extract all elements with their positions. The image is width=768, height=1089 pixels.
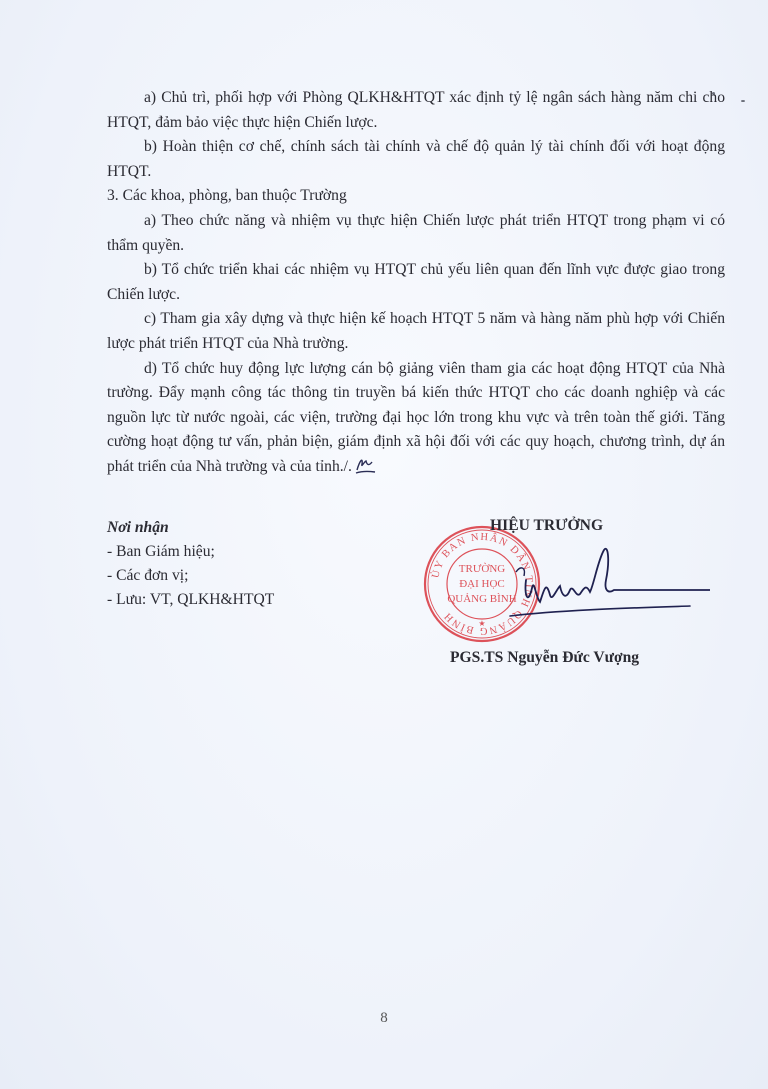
- recipient-item: - Lưu: VT, QLKH&HTQT: [107, 588, 274, 612]
- recipient-item: - Các đơn vị;: [107, 564, 274, 588]
- document-page: a) Chủ trì, phối hợp với Phòng QLKH&HTQT…: [0, 0, 768, 1089]
- paragraph: a) Chủ trì, phối hợp với Phòng QLKH&HTQT…: [107, 86, 725, 135]
- paragraph: c) Tham gia xây dựng và thực hiện kế hoạ…: [107, 307, 725, 356]
- paragraph-text: d) Tổ chức huy động lực lượng cán bộ giả…: [107, 360, 725, 475]
- signer-name: PGS.TS Nguyễn Đức Vượng: [450, 649, 639, 667]
- recipients-block: Nơi nhận - Ban Giám hiệu; - Các đơn vị; …: [107, 516, 274, 612]
- page-number: 8: [0, 1010, 768, 1027]
- recipient-item: - Ban Giám hiệu;: [107, 540, 274, 564]
- handwritten-signature-icon: [480, 540, 710, 630]
- paragraph: a) Theo chức năng và nhiệm vụ thực hiện …: [107, 209, 725, 258]
- document-body: a) Chủ trì, phối hợp với Phòng QLKH&HTQT…: [107, 86, 725, 480]
- recipients-title: Nơi nhận: [107, 516, 274, 540]
- signature-block: ỦY BAN NHÂN DÂN TỈNH QUẢNG BÌNH ★ TRƯỜNG…: [420, 510, 720, 680]
- scan-speck: [741, 100, 745, 102]
- paragraph: d) Tổ chức huy động lực lượng cán bộ giả…: [107, 357, 725, 480]
- paragraph: b) Hoàn thiện cơ chế, chính sách tài chí…: [107, 135, 725, 184]
- signer-role: HIỆU TRƯỞNG: [490, 517, 603, 535]
- section-heading: 3. Các khoa, phòng, ban thuộc Trường: [107, 184, 725, 209]
- paragraph: b) Tổ chức triển khai các nhiệm vụ HTQT …: [107, 258, 725, 307]
- initials-mark-icon: [354, 456, 376, 474]
